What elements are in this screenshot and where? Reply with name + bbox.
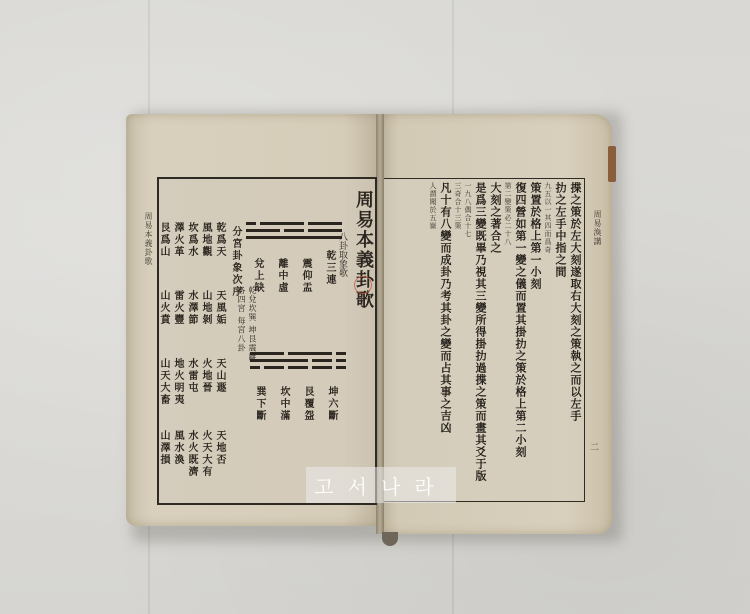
hexagram-name: 風水渙 [170, 430, 185, 466]
trigram-label: 艮覆盌 [300, 386, 315, 422]
trigram-gen [298, 352, 322, 373]
hexagram-name: 雷火豐 [170, 290, 185, 326]
text-column: 凡十有八變而成卦乃考其卦之變而占其事之吉凶 [439, 182, 452, 496]
hexagram-name: 天風姤 [212, 290, 227, 326]
main-text-body: 揲之策於左大刻遂取右大刻之策執之而以左手 扐之左手中指之間 九五以一其四而爲奇 … [386, 182, 582, 496]
hexagram-name: 天地否 [212, 430, 227, 466]
running-header: 周易渙講 [592, 210, 603, 246]
hexagram-name: 火天大有 [198, 430, 213, 478]
trigram-label: 震仰盂 [298, 258, 313, 294]
trigram-kan [274, 352, 298, 373]
hexagram-name: 地火明夷 [170, 358, 185, 406]
trigram-label: 坎中滿 [276, 386, 291, 422]
annotation-column: 九五以一其四而爲奇 [544, 182, 552, 496]
trigram-label: 離中虛 [274, 258, 289, 294]
hexagram-name: 山天大畜 [156, 358, 171, 406]
trigram-qian [318, 222, 342, 243]
hexagram-name: 火地晉 [198, 358, 213, 394]
hexagram-name: 乾爲天 [212, 222, 227, 258]
trigram-label: 巽下斷 [252, 386, 267, 422]
site-watermark: 고서나라 [306, 467, 456, 503]
annotation-column: 第二變策必二十八 [504, 182, 512, 496]
torn-edge [608, 146, 616, 182]
text-column: 是爲三變既畢乃視其三變所得掛扐過揲之策而畫其爻于版 [474, 182, 487, 496]
hexagram-name: 水火既濟 [184, 430, 199, 478]
section-note: 乾兌坎巽 坤艮震離 各四宮 每宮八卦 [236, 286, 258, 366]
annotation-column: 人謂聞於五嶽 [429, 182, 437, 496]
trigram-zhen [294, 222, 318, 243]
hexagram-name: 澤火革 [170, 222, 185, 258]
hexagram-name: 風地觀 [198, 222, 213, 258]
annotation-column: 三奇合十三策 [454, 182, 462, 496]
text-column: 復四營如第一變之儀而置其掛扐之策於格上第二小刻 [514, 182, 527, 496]
text-column: 大刻之著合之 [489, 182, 502, 496]
hexagram-name: 艮爲山 [156, 222, 171, 258]
hexagram-name: 山火賁 [156, 290, 171, 326]
text-column: 扐之左手中指之間 [554, 182, 567, 496]
trigram-label: 坤六斷 [324, 386, 339, 422]
red-seal-stamp [354, 276, 372, 294]
hexagram-name: 水雷屯 [184, 358, 199, 394]
trigram-kun [322, 352, 346, 373]
hexagram-name: 山澤損 [156, 430, 171, 466]
hexagram-name: 天山遯 [212, 358, 227, 394]
hexagram-name: 坎爲水 [184, 222, 199, 258]
hexagram-name: 山地剝 [198, 290, 213, 326]
left-margin-label: 周易本義卦歌 [143, 212, 154, 266]
page-number: 二 [590, 440, 599, 453]
trigram-dui [246, 222, 270, 243]
annotation-column: 一九八偶合十七 [464, 182, 472, 496]
trigram-label: 乾三連 [322, 250, 337, 286]
trigram-li [270, 222, 294, 243]
text-column: 策置於格上第一小刻 [529, 182, 542, 496]
hexagram-name: 水澤節 [184, 290, 199, 326]
text-column: 揲之策於左大刻遂取右大刻之策執之而以左手 [569, 182, 582, 496]
